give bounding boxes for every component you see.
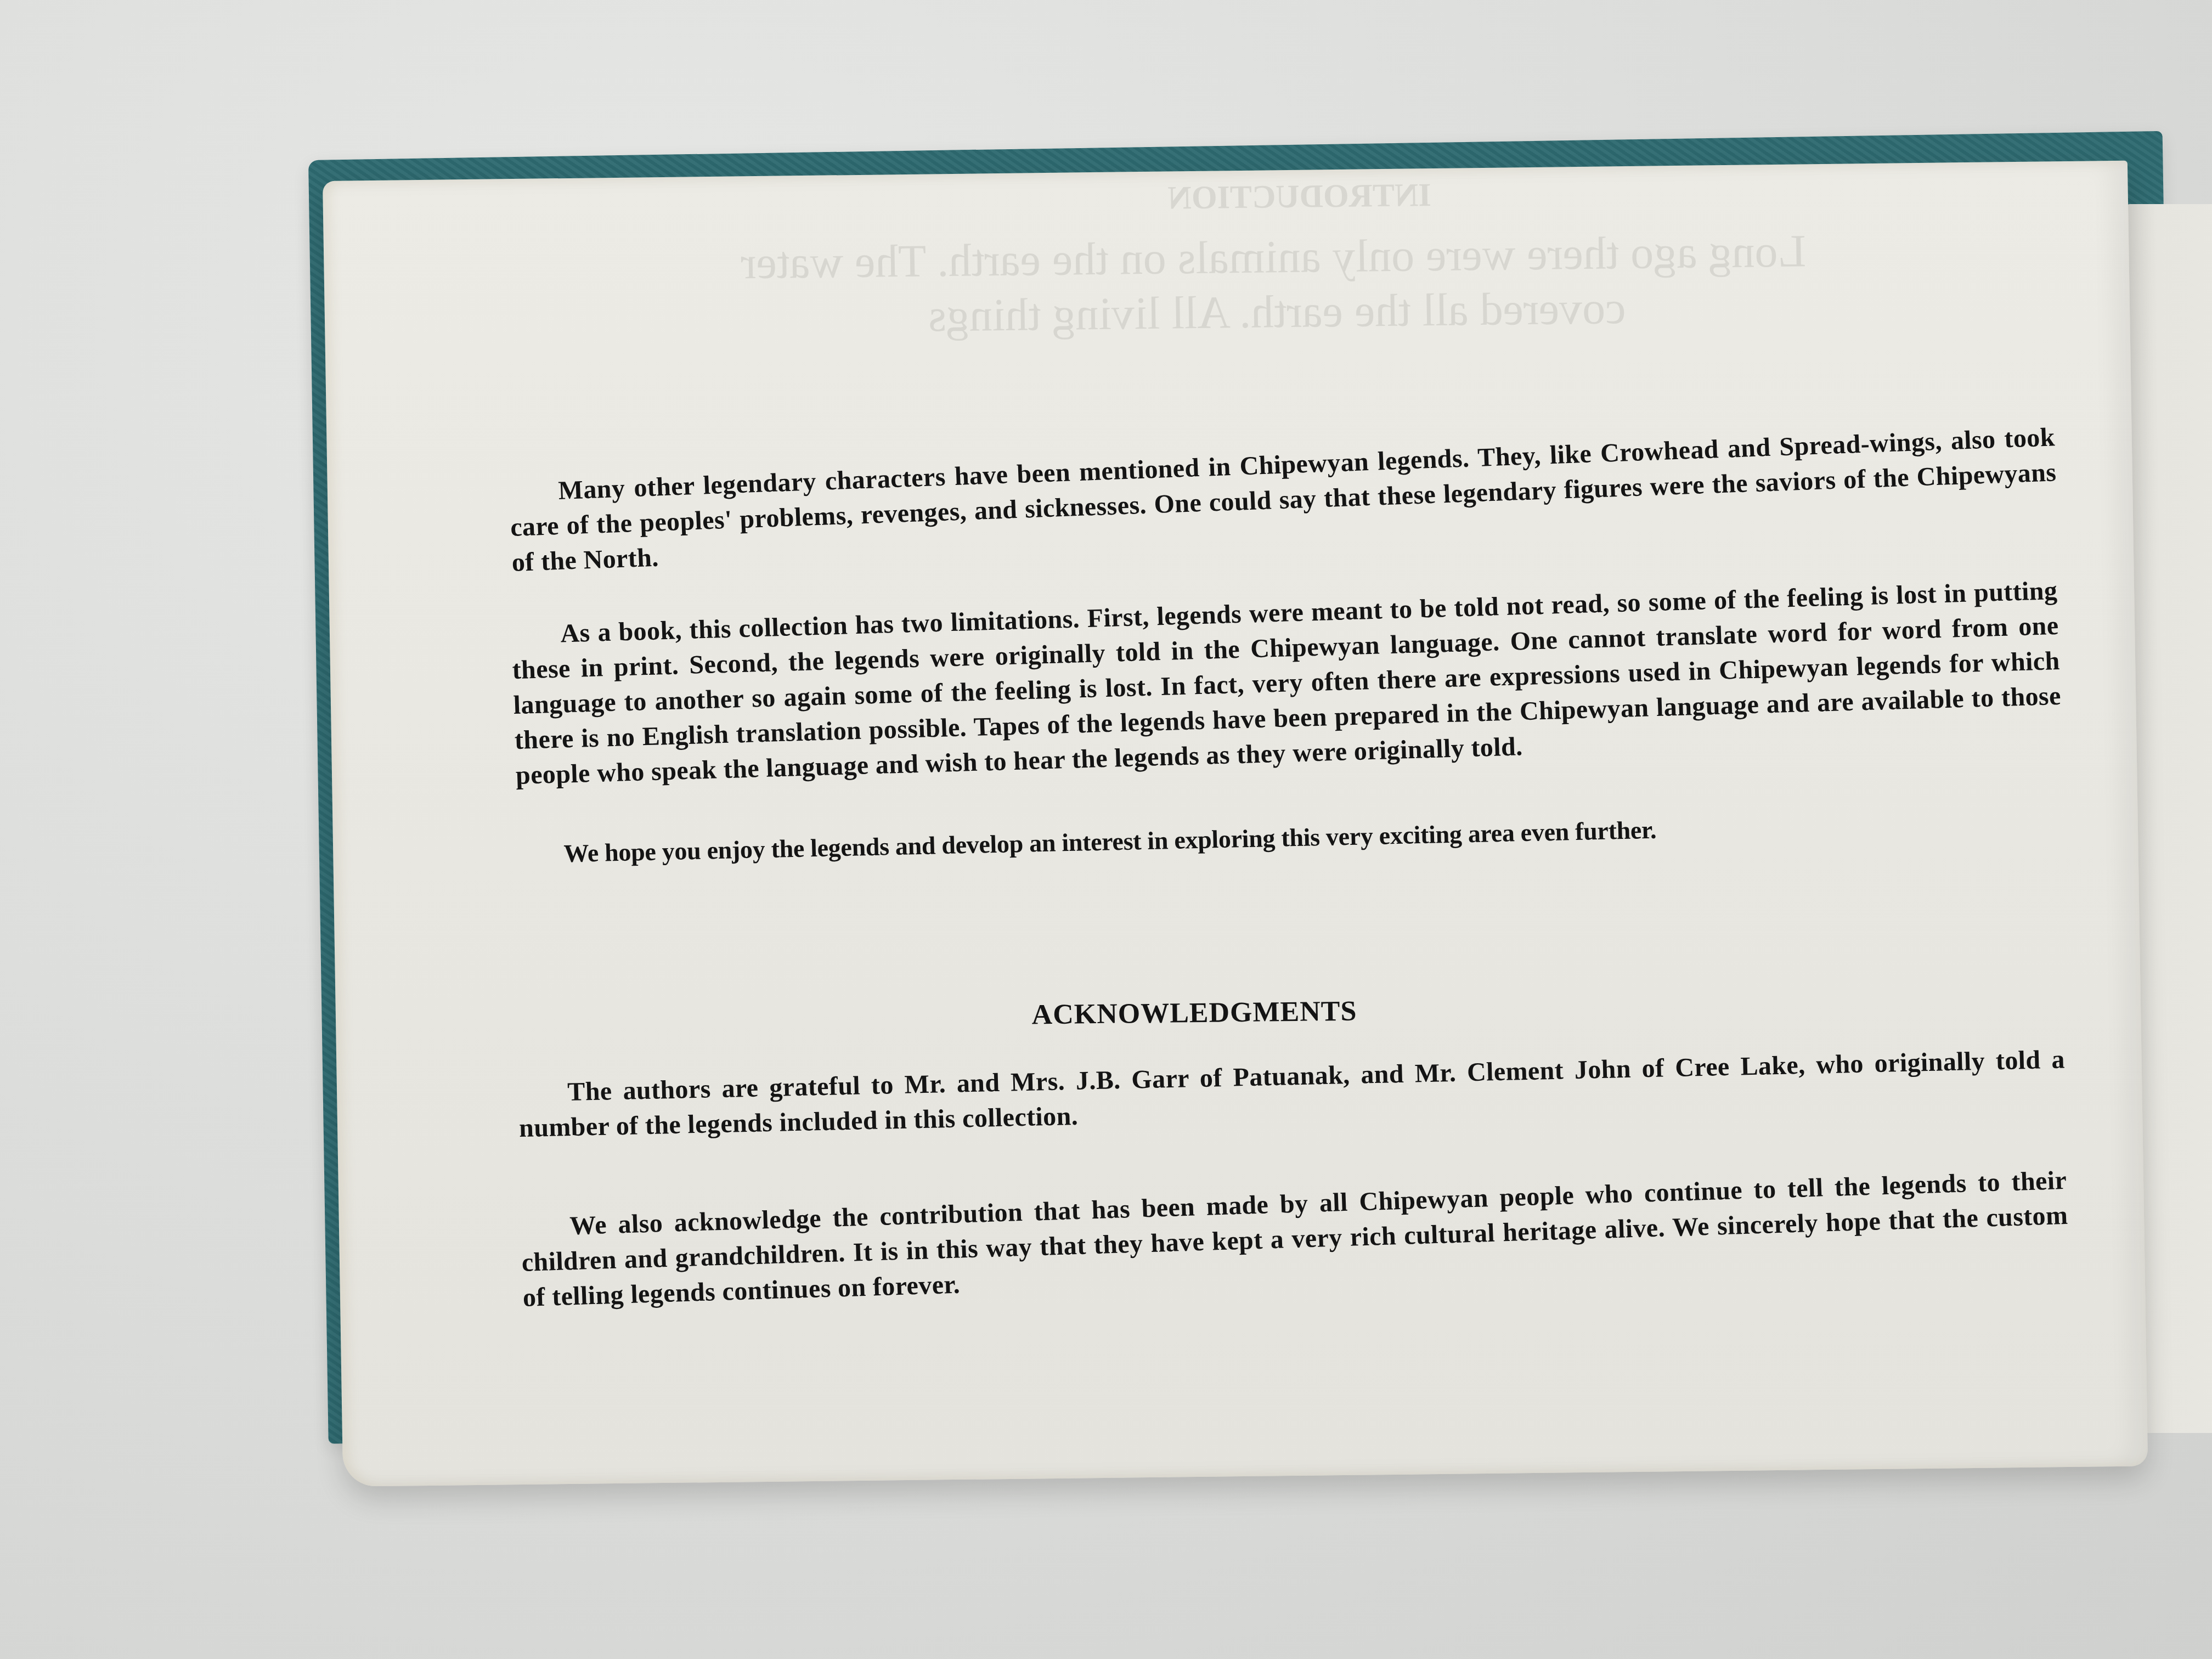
bleed-through-line: covered all the earth. All living things [928, 281, 1626, 342]
paragraph-text: We also acknowledge the contribution tha… [520, 1163, 2070, 1316]
paragraph-text: As a book, this collection has two limit… [511, 573, 2063, 793]
paragraph-text: Many other legendary characters have bee… [508, 420, 2058, 580]
book-page: THE FLOOD INTRODUCTION Long ago there we… [323, 161, 2148, 1487]
paragraph-limitations: As a book, this collection has two limit… [511, 573, 2063, 793]
open-book: THE FLOOD INTRODUCTION Long ago there we… [0, 0, 2212, 1659]
bleed-through-subtitle: INTRODUCTION [1167, 176, 1431, 217]
bleed-through-line: Long ago there were only animals on the … [741, 224, 1807, 290]
acknowledgments-paragraph-chipewyan-people: We also acknowledge the contribution tha… [520, 1163, 2070, 1316]
paragraph-legendary-characters: Many other legendary characters have bee… [508, 420, 2058, 580]
